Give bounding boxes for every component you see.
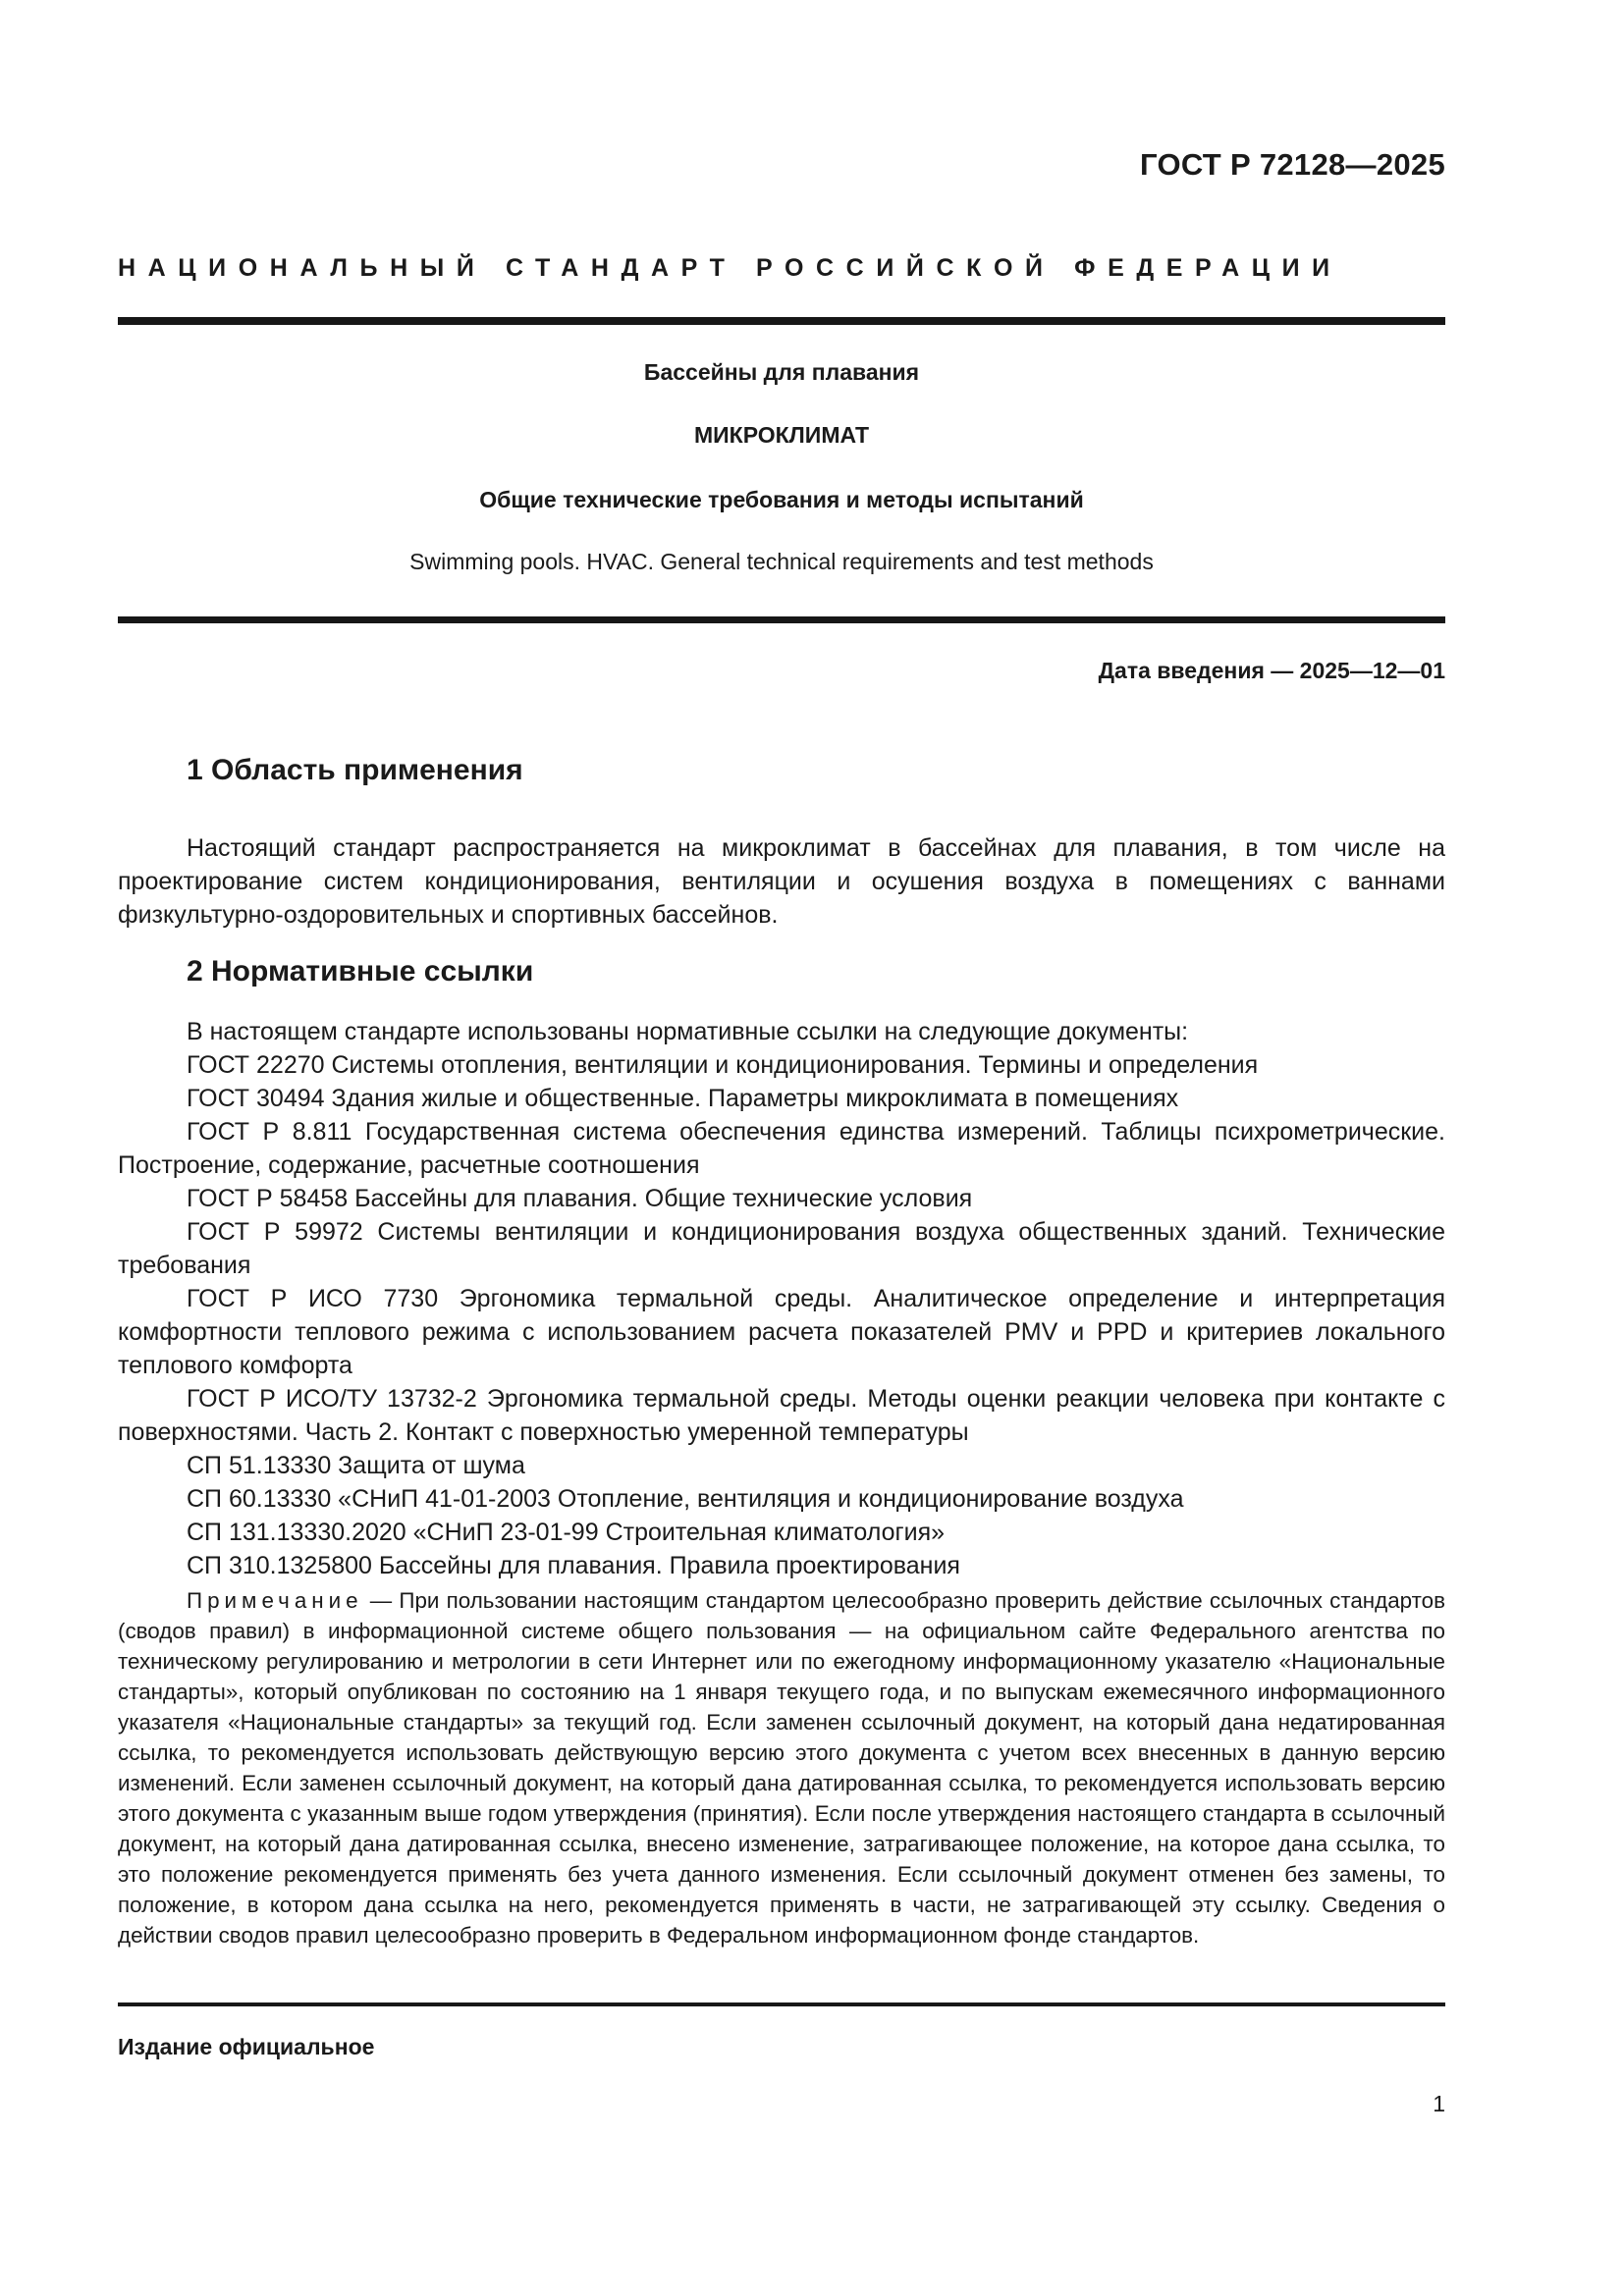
reference-item: ГОСТ 22270 Системы отопления, вентиляции…	[118, 1048, 1445, 1082]
document-code: ГОСТ Р 72128—2025	[1140, 147, 1445, 183]
top-divider	[118, 317, 1445, 325]
national-standard-banner: НАЦИОНАЛЬНЫЙ СТАНДАРТ РОССИЙСКОЙ ФЕДЕРАЦ…	[118, 254, 1445, 283]
title-line-1: Бассейны для плавания	[118, 359, 1445, 386]
title-line-2: МИКРОКЛИМАТ	[118, 422, 1445, 449]
note-paragraph: Примечание — При пользовании настоящим с…	[118, 1585, 1445, 1950]
references-intro: В настоящем стандарте использованы норма…	[118, 1015, 1445, 1048]
reference-item: ГОСТ Р 59972 Системы вентиляции и кондиц…	[118, 1215, 1445, 1282]
reference-item: ГОСТ Р ИСО/ТУ 13732-2 Эргономика термаль…	[118, 1382, 1445, 1449]
title-line-3: Общие технические требования и методы ис…	[118, 487, 1445, 513]
note-text: — При пользовании настоящим стандартом ц…	[118, 1588, 1445, 1948]
english-title: Swimming pools. HVAC. General technical …	[118, 549, 1445, 575]
reference-item: СП 51.13330 Защита от шума	[118, 1449, 1445, 1482]
footer-divider	[118, 2002, 1445, 2006]
section-1-body: Настоящий стандарт распространяется на м…	[118, 831, 1445, 932]
reference-item: ГОСТ 30494 Здания жилые и общественные. …	[118, 1082, 1445, 1115]
title-divider	[118, 616, 1445, 623]
references-note: Примечание — При пользовании настоящим с…	[118, 1585, 1445, 1950]
section-2-heading: 2 Нормативные ссылки	[187, 955, 533, 988]
references-list: В настоящем стандарте использованы норма…	[118, 1015, 1445, 1582]
official-edition-label: Издание официальное	[118, 2034, 374, 2060]
note-label: Примечание	[187, 1588, 363, 1613]
reference-item: СП 310.1325800 Бассейны для плавания. Пр…	[118, 1549, 1445, 1582]
introduction-date: Дата введения — 2025—12—01	[1099, 658, 1445, 684]
scope-paragraph: Настоящий стандарт распространяется на м…	[118, 831, 1445, 932]
reference-item: ГОСТ Р 8.811 Государственная система обе…	[118, 1115, 1445, 1182]
reference-item: СП 60.13330 «СНиП 41-01-2003 Отопление, …	[118, 1482, 1445, 1516]
reference-item: ГОСТ Р 58458 Бассейны для плавания. Общи…	[118, 1182, 1445, 1215]
page-number: 1	[1433, 2091, 1445, 2117]
section-1-heading: 1 Область применения	[187, 754, 523, 787]
reference-item: ГОСТ Р ИСО 7730 Эргономика термальной ср…	[118, 1282, 1445, 1382]
reference-item: СП 131.13330.2020 «СНиП 23-01-99 Строите…	[118, 1516, 1445, 1549]
